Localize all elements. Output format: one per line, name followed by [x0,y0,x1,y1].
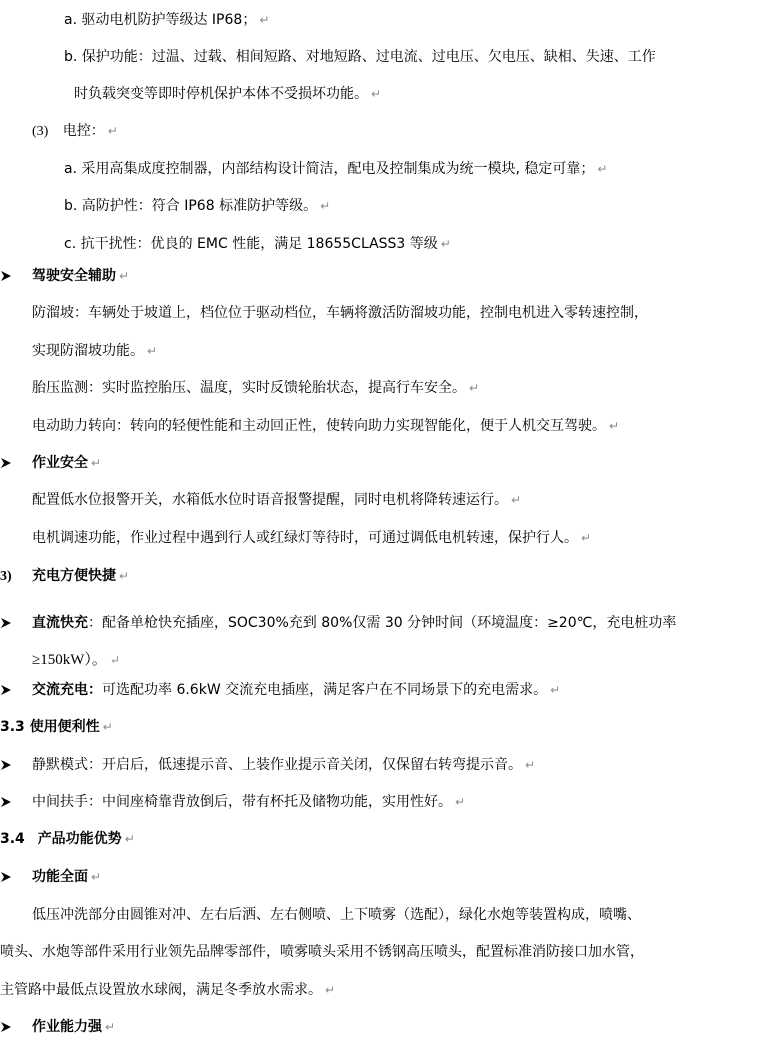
paragraph-low-water-alarm: 配置低水位报警开关，水箱低水位时语音报警提醒，同时电机将降转速运行。↵ [32,490,521,510]
line-text: a. 采用高集成度控制器，内部结构设计简洁，配电及控制集成为统一模块, 稳定可靠… [64,161,594,177]
list-item-dc-fast-charge: 直流快充：配备单枪快充插座，SOC30%充到 80%仅需 30 分钟时间（环境温… [32,613,676,633]
list-item-anti-interference: c. 抗干扰性：优良的 EMC 性能，满足 18655CLASS3 等级↵ [64,234,451,254]
paragraph-anti-rollback: 防溜坡：车辆处于坡道上，档位位于驱动档位，车辆将激活防溜坡功能，控制电机进入零转… [32,303,648,323]
list-item-motor-protection-rating: a. 驱动电机防护等级达 IP68；↵ [64,10,269,30]
line-text: ≥150kW）。 [32,652,107,668]
paragraph-mark-icon: ↵ [105,1020,115,1034]
line-text: 实现防溜坡功能。 [32,343,144,359]
paragraph-tire-pressure: 胎压监测：实时监控胎压、温度，实时反馈轮胎状态，提高行车安全。↵ [32,378,479,398]
heading-driving-safety-assist: 驾驶安全辅助↵ [32,266,129,286]
arrow-bullet-icon [0,453,14,473]
list-item-silent-mode: 静默模式：开启后，低速提示音、上装作业提示音关闭，仅保留右转弯提示音。↵ [32,755,535,775]
line-text: b. 高防护性：符合 IP68 标准防护等级。 [64,198,317,214]
line-text: 电动助力转向：转向的轻便性能和主动回正性，使转向助力实现智能化，便于人机交互驾驶… [32,418,606,434]
list-item-protection-functions-cont: 时负载突变等即时停机保护本体不受损坏功能。↵ [74,84,381,104]
paragraph-mark-icon: ↵ [525,758,535,772]
list-number: (3) [32,124,48,139]
paragraph-mark-icon: ↵ [147,344,157,358]
heading-charging: 3) 充电方便快捷↵ [0,566,12,586]
paragraph-mark-icon: ↵ [259,13,269,27]
paragraph-low-pressure-wash-cont1: 喷头、水炮等部件采用行业领先品牌零部件，喷雾喷头采用不锈钢高压喷头，配置标准消防… [0,942,644,962]
list-item-controller: a. 采用高集成度控制器，内部结构设计简洁，配电及控制集成为统一模块, 稳定可靠… [64,159,607,179]
heading-text: 驾驶安全辅助 [32,268,116,284]
item-label: 交流充电： [32,682,102,698]
section-electronic-control: (3) 电控：↵ [32,121,118,141]
arrow-bullet-icon [0,755,14,775]
paragraph-mark-icon: ↵ [91,456,101,470]
paragraph-mark-icon: ↵ [125,832,135,846]
line-text: a. 驱动电机防护等级达 IP68； [64,12,256,28]
section-number: 3.3 [0,719,25,735]
arrow-bullet-icon [0,266,14,286]
line-text: ：配备单枪快充插座，SOC30%充到 80%仅需 30 分钟时间（环境温度：≥2… [88,615,676,631]
paragraph-power-steering: 电动助力转向：转向的轻便性能和主动回正性，使转向助力实现智能化，便于人机交互驾驶… [32,416,619,436]
paragraph-mark-icon: ↵ [371,87,381,101]
heading-strong-operation-capacity: 作业能力强↵ [32,1017,115,1037]
heading-text: 作业能力强 [32,1019,102,1035]
line-text: 喷头、水炮等部件采用行业领先品牌零部件，喷雾喷头采用不锈钢高压喷头，配置标准消防… [0,944,644,960]
heading-text: 作业安全 [32,455,88,471]
line-text: 配置低水位报警开关，水箱低水位时语音报警提醒，同时电机将降转速运行。 [32,492,508,508]
heading-text: 功能全面 [32,869,88,885]
line-text: 时负载突变等即时停机保护本体不受损坏功能。 [74,86,368,102]
paragraph-mark-icon: ↵ [119,269,129,283]
paragraph-mark-icon: ↵ [455,795,465,809]
paragraph-mark-icon: ↵ [91,870,101,884]
section-heading-convenience: 3.3 使用便利性↵ [0,717,113,737]
paragraph-mark-icon: ↵ [320,199,330,213]
line-text: 防溜坡：车辆处于坡道上，档位位于驱动档位，车辆将激活防溜坡功能，控制电机进入零转… [32,305,648,321]
list-number: 3) [0,569,12,584]
heading-text: 产品功能优势 [38,831,122,847]
section-heading-product-advantages: 3.4 产品功能优势↵ [0,829,135,849]
paragraph-mark-icon: ↵ [325,983,335,997]
paragraph-mark-icon: ↵ [609,419,619,433]
paragraph-mark-icon: ↵ [441,237,451,251]
list-item-high-protection: b. 高防护性：符合 IP68 标准防护等级。↵ [64,196,330,216]
section-number: 3.4 [0,831,25,847]
item-label: 直流快充 [32,615,88,631]
line-text: 电控： [63,123,105,139]
line-text: 胎压监测：实时监控胎压、温度，实时反馈轮胎状态，提高行车安全。 [32,380,466,396]
line-text: 主管路中最低点设置放水球阀，满足冬季放水需求。 [0,982,322,998]
heading-operation-safety: 作业安全↵ [32,453,101,473]
arrow-bullet-icon [0,792,14,812]
arrow-bullet-icon [0,613,14,633]
arrow-bullet-icon [0,1017,14,1037]
paragraph-low-pressure-wash: 低压冲洗部分由圆锥对冲、左右后洒、左右侧喷、上下喷雾（选配），绿化水炮等装置构成… [32,905,641,925]
list-item-ac-charge: 交流充电：可选配功率 6.6kW 交流充电插座，满足客户在不同场景下的充电需求。… [32,680,560,700]
list-item-protection-functions: b. 保护功能：过温、过载、相间短路、对地短路、过电流、过电压、欠电压、缺相、失… [64,47,656,67]
line-text: 静默模式：开启后，低速提示音、上装作业提示音关闭，仅保留右转弯提示音。 [32,757,522,773]
paragraph-mark-icon: ↵ [119,569,129,583]
paragraph-mark-icon: ↵ [550,683,560,697]
paragraph-mark-icon: ↵ [108,124,118,138]
list-item-dc-fast-charge-cont: ≥150kW）。↵ [32,650,120,670]
paragraph-mark-icon: ↵ [581,531,591,545]
paragraph-mark-icon: ↵ [511,493,521,507]
line-text: 低压冲洗部分由圆锥对冲、左右后洒、左右侧喷、上下喷雾（选配），绿化水炮等装置构成… [32,907,641,923]
line-text: 中间扶手：中间座椅靠背放倒后，带有杯托及储物功能，实用性好。 [32,794,452,810]
heading-text: 充电方便快捷 [32,568,116,584]
arrow-bullet-icon [0,867,14,887]
line-text: b. 保护功能：过温、过载、相间短路、对地短路、过电流、过电压、欠电压、缺相、失… [64,49,656,65]
line-text: 电机调速功能，作业过程中遇到行人或红绿灯等待时，可通过调低电机转速，保护行人。 [32,530,578,546]
list-item-center-armrest: 中间扶手：中间座椅靠背放倒后，带有杯托及储物功能，实用性好。↵ [32,792,465,812]
arrow-bullet-icon [0,680,14,700]
paragraph-mark-icon: ↵ [110,653,120,667]
heading-comprehensive-functions: 功能全面↵ [32,867,101,887]
paragraph-mark-icon: ↵ [597,162,607,176]
paragraph-anti-rollback-cont: 实现防溜坡功能。↵ [32,341,157,361]
line-text: c. 抗干扰性：优良的 EMC 性能，满足 18655CLASS3 等级 [64,236,438,252]
heading-text-wrap: 充电方便快捷↵ [32,566,129,586]
paragraph-low-pressure-wash-cont2: 主管路中最低点设置放水球阀，满足冬季放水需求。↵ [0,980,335,1000]
paragraph-motor-speed-control: 电机调速功能，作业过程中遇到行人或红绿灯等待时，可通过调低电机转速，保护行人。↵ [32,528,591,548]
heading-text: 使用便利性 [30,719,100,735]
paragraph-mark-icon: ↵ [103,720,113,734]
line-text: 可选配功率 6.6kW 交流充电插座，满足客户在不同场景下的充电需求。 [102,682,547,698]
paragraph-mark-icon: ↵ [469,381,479,395]
